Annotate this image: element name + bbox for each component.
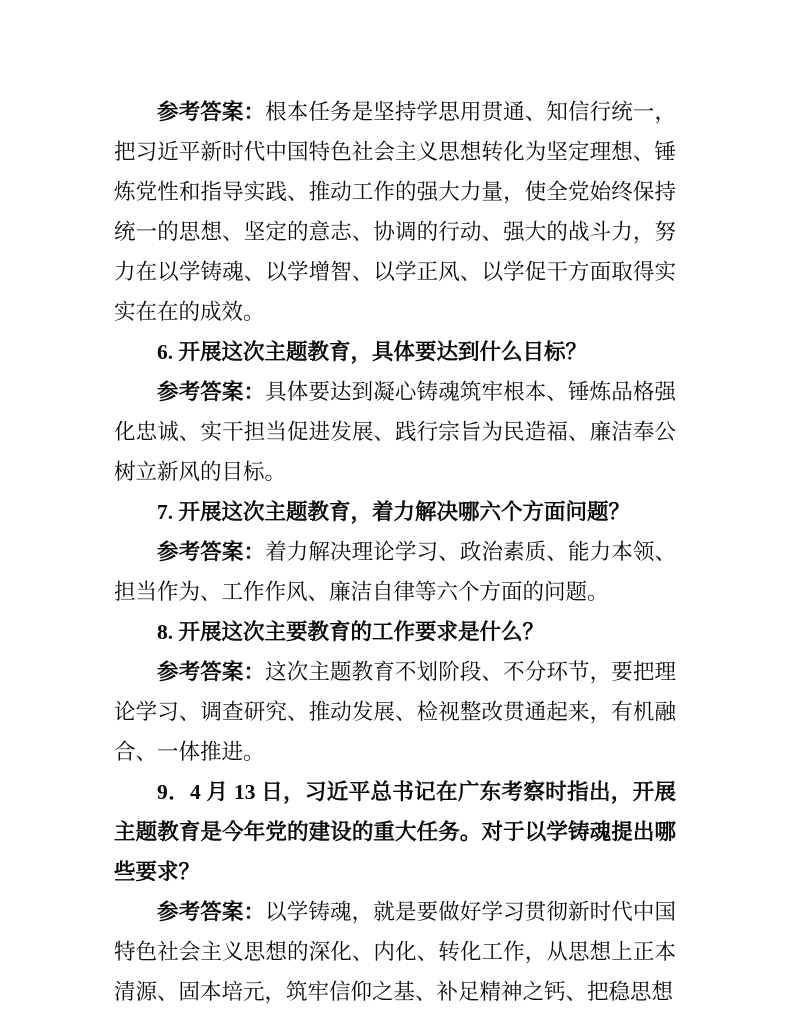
paragraph-text: 7. 开展这次主题教育，着力解决哪六个方面问题？ [157, 500, 630, 524]
answer-paragraph: 参考答案：以学铸魂，就是要做好学习贯彻新时代中国特色社会主义思想的深化、内化、转… [114, 892, 676, 1012]
paragraph-text: 9．4 月 13 日，习近平总书记在广东考察时指出，开展主题教育是今年党的建设的… [114, 780, 676, 884]
question-paragraph: 7. 开展这次主题教育，着力解决哪六个方面问题？ [114, 492, 676, 532]
answer-label: 参考答案： [157, 380, 265, 404]
answer-label: 参考答案： [157, 660, 265, 684]
answer-label: 参考答案： [157, 900, 265, 924]
paragraph-text: 根本任务是坚持学思用贯通、知信行统一，把习近平新时代中国特色社会主义思想转化为坚… [114, 100, 676, 324]
question-paragraph: 8. 开展这次主要教育的工作要求是什么？ [114, 612, 676, 652]
answer-label: 参考答案： [157, 100, 265, 124]
answer-paragraph: 参考答案：这次主题教育不划阶段、不分环节，要把理论学习、调查研究、推动发展、检视… [114, 652, 676, 772]
answer-paragraph: 参考答案：具体要达到凝心铸魂筑牢根本、锤炼品格强化忠诚、实干担当促进发展、践行宗… [114, 372, 676, 492]
document-body: 参考答案：根本任务是坚持学思用贯通、知信行统一，把习近平新时代中国特色社会主义思… [114, 92, 676, 1012]
answer-paragraph: 参考答案：根本任务是坚持学思用贯通、知信行统一，把习近平新时代中国特色社会主义思… [114, 92, 676, 332]
answer-label: 参考答案： [157, 540, 265, 564]
paragraph-text: 8. 开展这次主要教育的工作要求是什么？ [157, 620, 544, 644]
paragraph-text: 6. 开展这次主题教育，具体要达到什么目标？ [157, 340, 587, 364]
question-paragraph: 6. 开展这次主题教育，具体要达到什么目标？ [114, 332, 676, 372]
answer-paragraph: 参考答案：着力解决理论学习、政治素质、能力本领、担当作为、工作作风、廉洁自律等六… [114, 532, 676, 612]
document-page: 参考答案：根本任务是坚持学思用贯通、知信行统一，把习近平新时代中国特色社会主义思… [0, 0, 790, 1034]
question-paragraph: 9．4 月 13 日，习近平总书记在广东考察时指出，开展主题教育是今年党的建设的… [114, 772, 676, 892]
